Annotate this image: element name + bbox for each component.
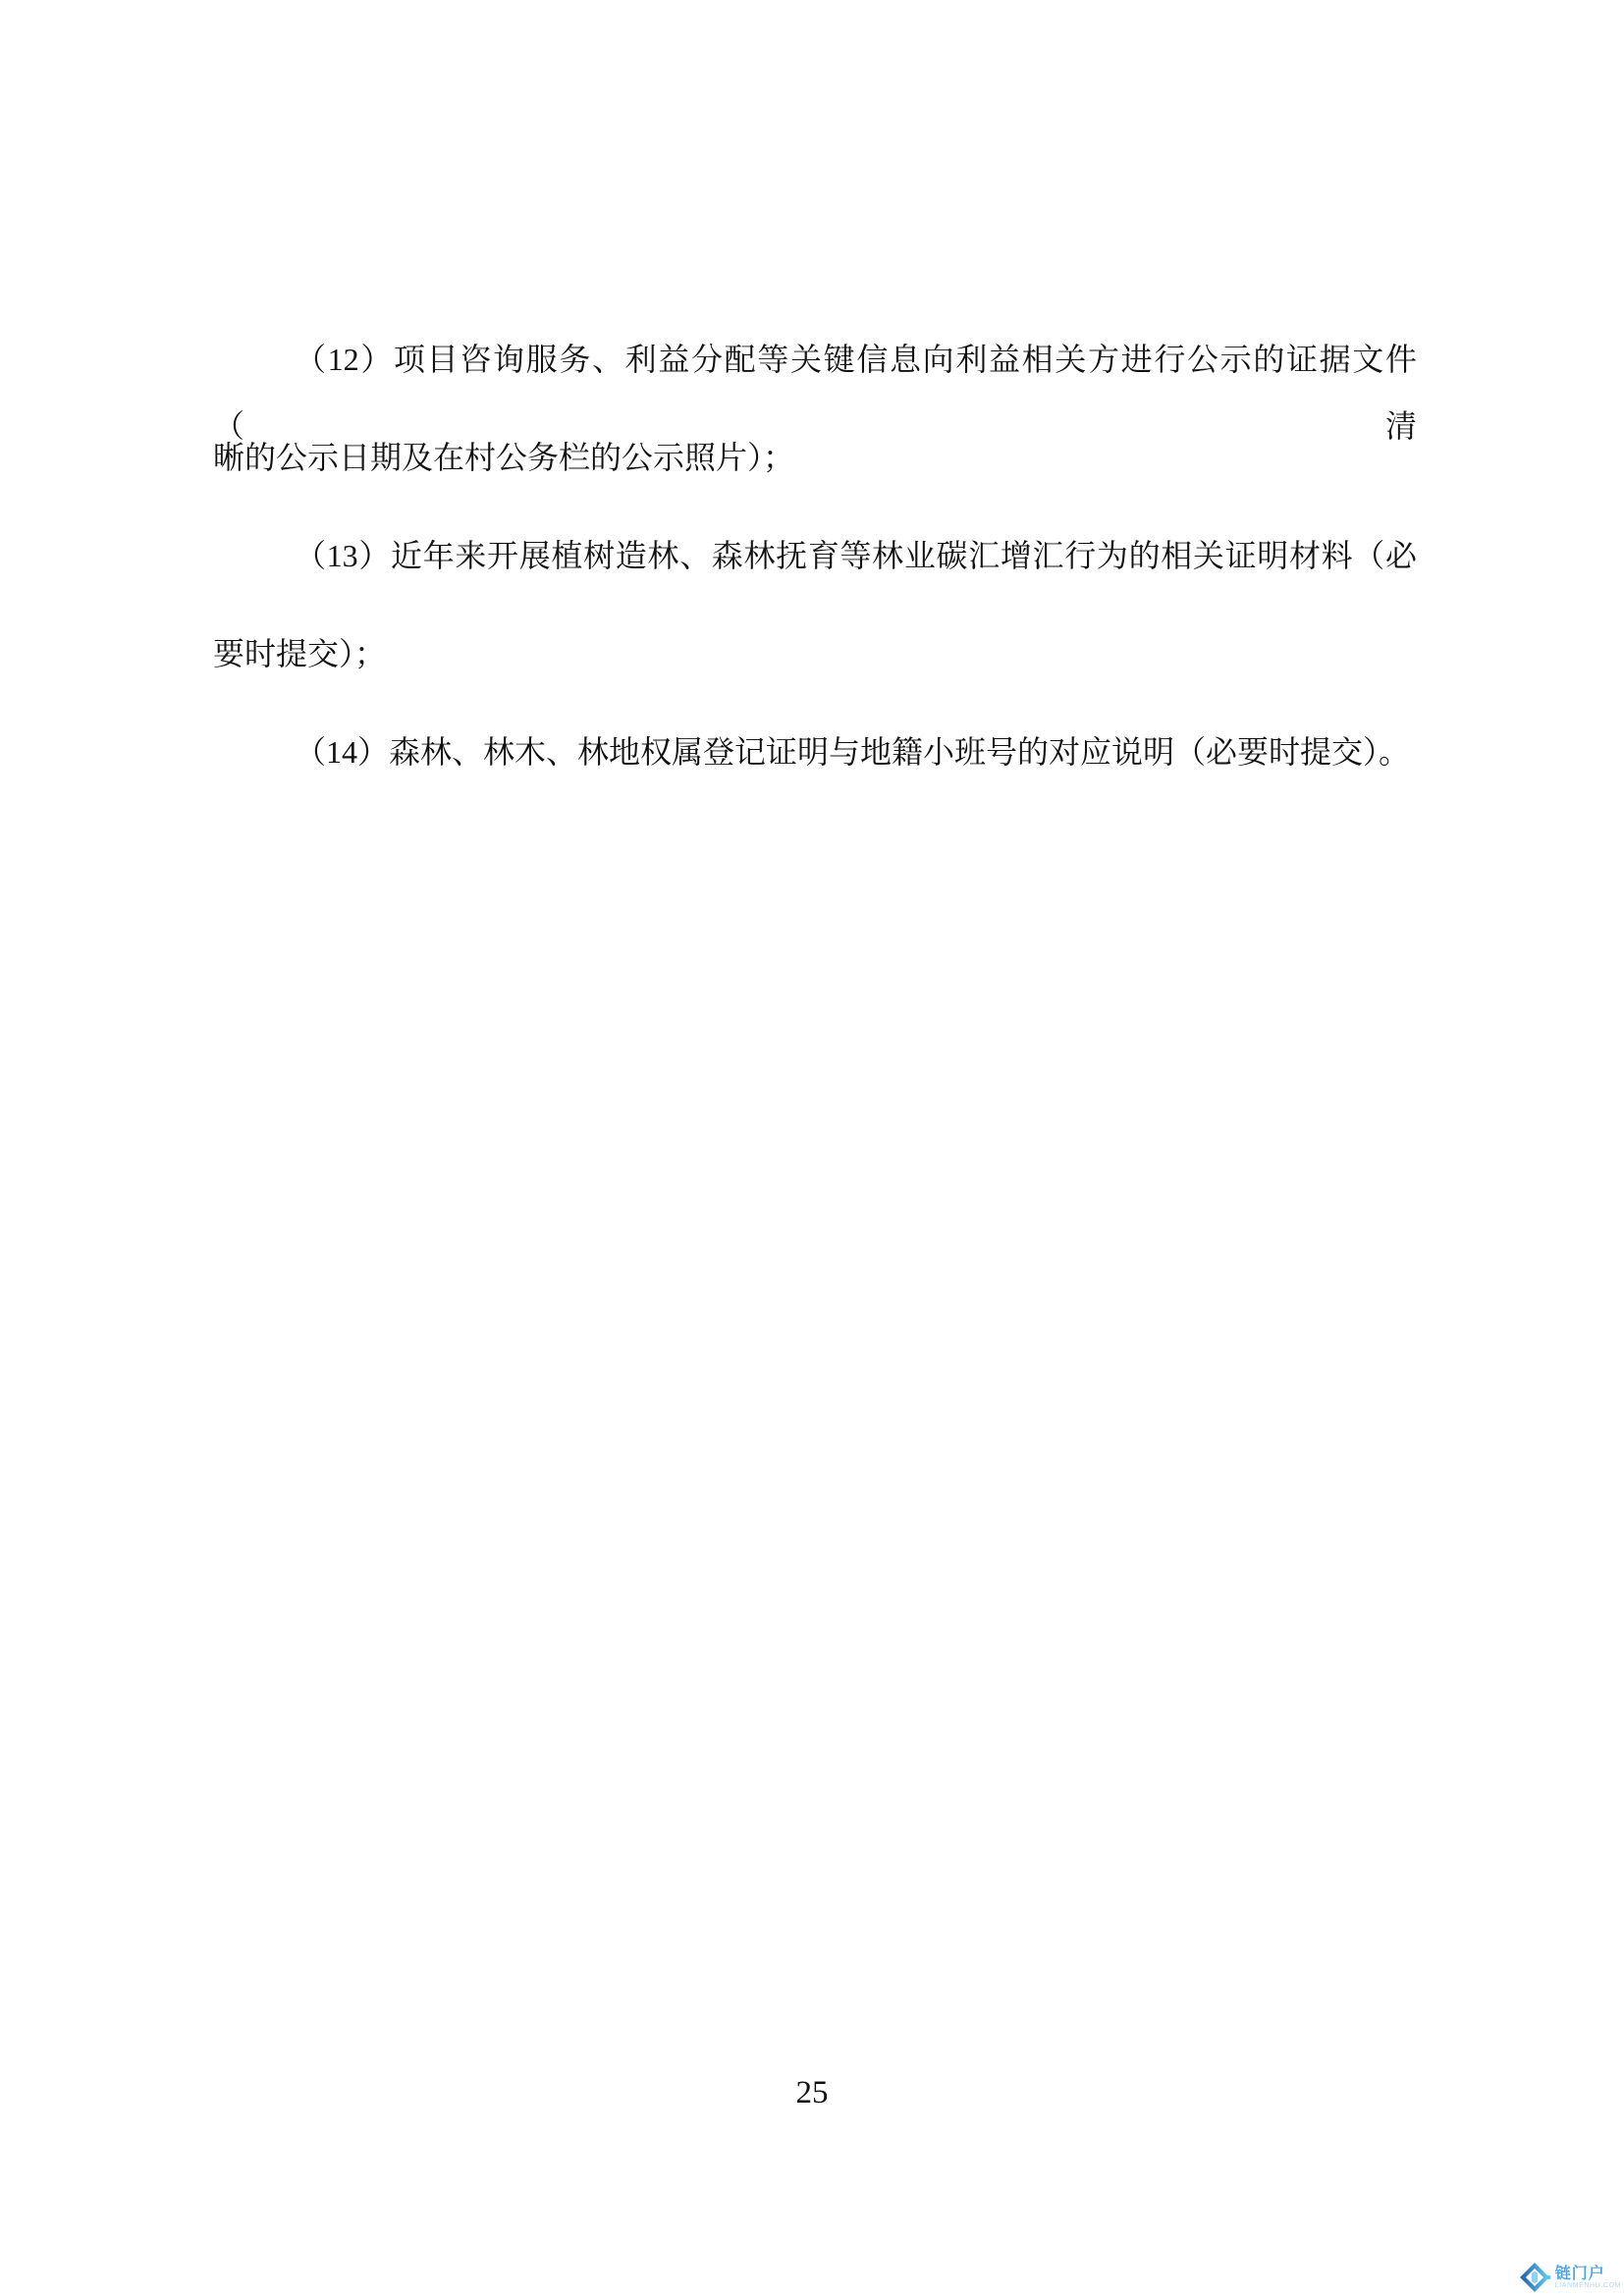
lianmenhu-diamond-icon: [1520, 2263, 1551, 2292]
watermark-domain: LIANMENHU.COM: [1555, 2282, 1621, 2290]
watermark-brand: 链门户: [1555, 2266, 1621, 2282]
body-text: （12）项目咨询服务、利益分配等关键信息向利益相关方进行公示的证据文件（清 晰的…: [213, 294, 1417, 817]
document-page: （12）项目咨询服务、利益分配等关键信息向利益相关方进行公示的证据文件（清 晰的…: [0, 0, 1624, 2296]
paragraph-line-13-second: 要时提交）；: [213, 620, 1417, 687]
paragraph-line-12-first: （12）项目咨询服务、利益分配等关键信息向利益相关方进行公示的证据文件（清: [213, 326, 1417, 393]
paragraph-line-13-first: （13）近年来开展植树造林、森林抚育等林业碳汇增汇行为的相关证明材料（必: [213, 522, 1417, 589]
watermark-logo: 链门户 LIANMENHU.COM: [1520, 2263, 1621, 2292]
page-number: 25: [0, 2073, 1624, 2112]
watermark-text: 链门户 LIANMENHU.COM: [1555, 2266, 1621, 2290]
paragraph-line-14: （14）森林、林木、林地权属登记证明与地籍小班号的对应说明（必要时提交）。: [213, 719, 1417, 785]
